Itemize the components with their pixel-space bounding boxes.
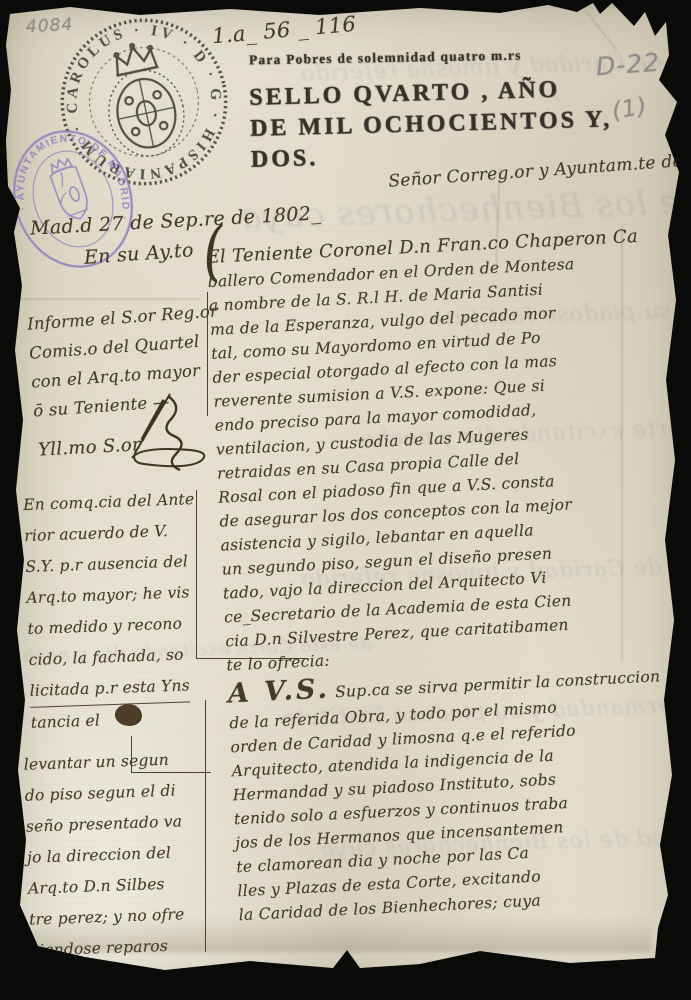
petition-body: El Teniente Coronel D.n Fran.co Chaperon… <box>206 223 691 927</box>
margin-report-line: ciendose reparos <box>30 930 187 966</box>
document-photo: la Caridad de los Bienhechores cuya orde… <box>0 0 691 1000</box>
margin-report-continued: levantar un segun do piso segun el di se… <box>23 744 187 966</box>
margin-report-line: En comq.cia del Ante <box>23 484 195 521</box>
margin-divider-line <box>205 700 206 952</box>
paper-sheet: la Caridad de los Bienhechores cuya orde… <box>0 0 691 1000</box>
margin-report: En comq.cia del Ante rior acuerdo de V. … <box>23 484 203 739</box>
suplica-swash: A V.S. <box>227 674 330 710</box>
madrid-arms-icon <box>46 155 93 223</box>
margin-report-line: licitada p.r esta Yns <box>29 670 190 708</box>
crown-icon <box>111 40 159 76</box>
